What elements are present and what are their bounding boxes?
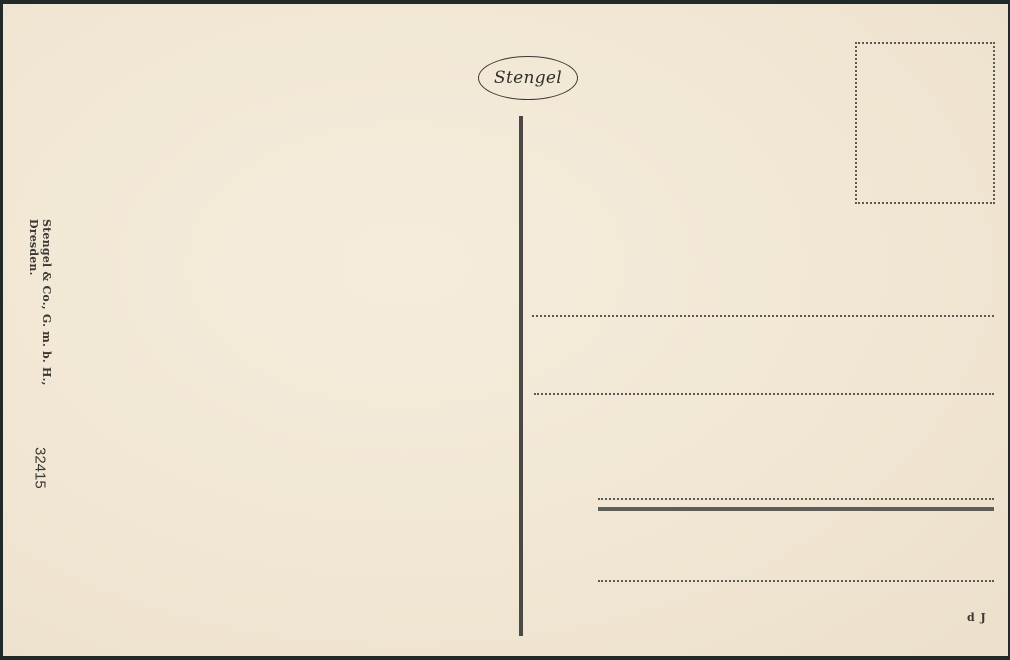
address-line-3 bbox=[598, 498, 994, 500]
stengel-logo: Stengel bbox=[478, 56, 578, 100]
publisher-imprint: Stengel & Co., G. m. b. H., Dresden. 324… bbox=[25, 219, 55, 489]
printer-initials: d J bbox=[967, 611, 986, 624]
address-line-4 bbox=[598, 580, 994, 582]
logo-text: Stengel bbox=[494, 68, 562, 88]
postcard-back: Stengel Stengel & Co., G. m. b. H., Dres… bbox=[3, 4, 1008, 656]
address-underline-solid bbox=[598, 507, 994, 511]
catalog-number: 32415 bbox=[32, 447, 49, 489]
stamp-placement-box bbox=[855, 42, 995, 204]
address-line-1 bbox=[532, 315, 994, 317]
address-line-2 bbox=[534, 393, 994, 395]
center-divider-line bbox=[519, 116, 523, 636]
publisher-name: Stengel & Co., G. m. b. H., Dresden. bbox=[27, 219, 53, 437]
